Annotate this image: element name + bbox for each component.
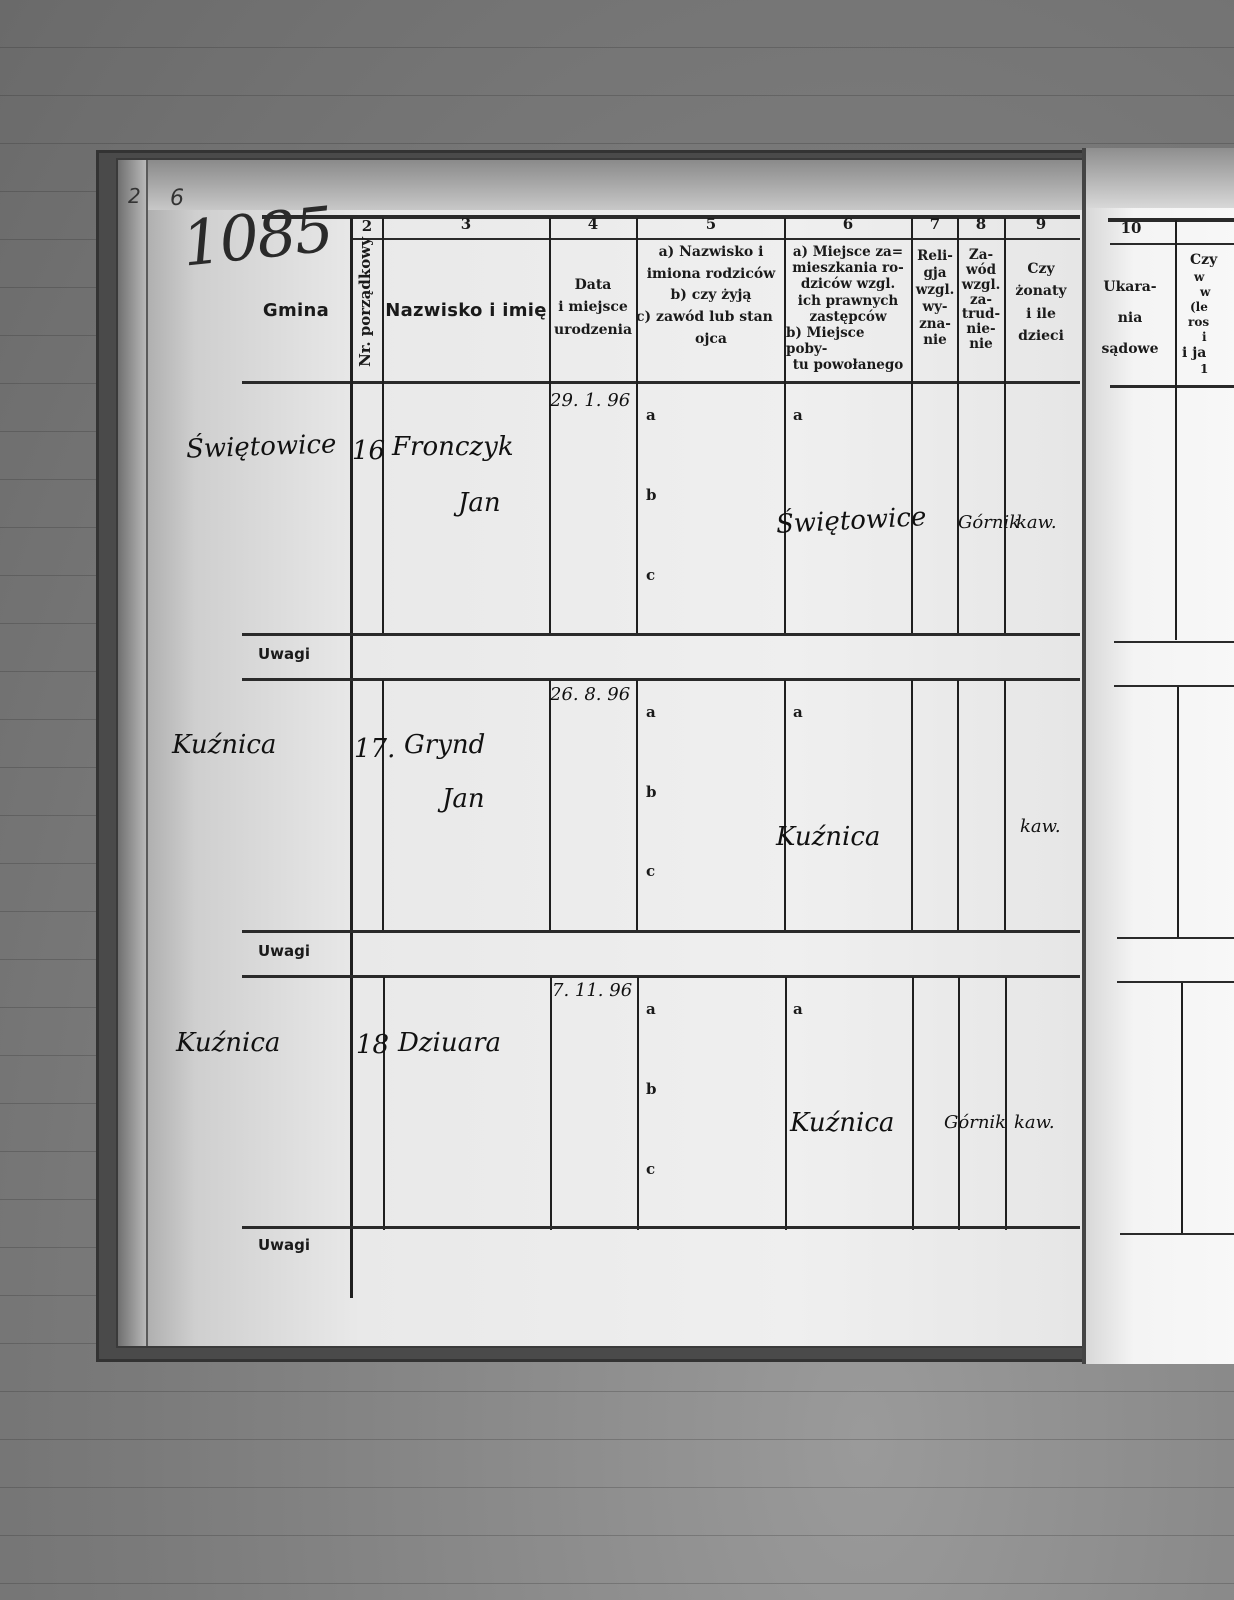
header-col9-line: żonaty [1006, 280, 1076, 302]
corner-mark-left: 2 [128, 184, 141, 208]
record-3-surname: Dziuara [398, 1028, 501, 1058]
p2-uwagi2-bottom [1117, 981, 1234, 983]
p2-col-divider-r3 [1181, 983, 1183, 1233]
col-number-9: 9 [1006, 216, 1076, 234]
record-1-occupation: Górnik [958, 512, 1020, 533]
header-col5-line: a) Nazwisko i [638, 242, 784, 264]
header-col6-line: tu powołanego [786, 357, 910, 373]
col-divider-nr-r2 [382, 680, 384, 932]
card2-top-edge [1086, 148, 1234, 208]
record-1-remarks-label: Uwagi [258, 645, 310, 663]
col-divider-5-r2 [784, 680, 786, 932]
header-col8-line: Za- [959, 248, 1003, 263]
header-col6-line: ich prawnych [786, 293, 910, 309]
col-number-7: 7 [913, 216, 957, 234]
row2-bottom-rule [242, 930, 1080, 933]
p2-col-divider-r2 [1177, 687, 1179, 937]
header-col10-line: nia [1098, 303, 1162, 334]
header-nr-porzadkowy: Nr. porządkowy [356, 237, 374, 367]
header-col11-line: w [1180, 270, 1234, 285]
p2-colnum-rule [1110, 243, 1234, 245]
col-number-5: 5 [638, 216, 784, 234]
card-left-edge [118, 160, 148, 1346]
header-gmina: Gmina [246, 300, 346, 321]
record-1-col5-c: c [646, 566, 655, 584]
col-divider-6-r3 [912, 977, 914, 1230]
header-col11-line: w [1180, 285, 1234, 300]
col-number-10: 10 [1100, 220, 1162, 238]
header-col7-line: wzgl. [913, 282, 957, 299]
header-col8-line: nie [959, 337, 1003, 352]
header-col7-line: zna- [913, 316, 957, 333]
col-divider-date-r3 [637, 977, 639, 1230]
header-col8-line: nie- [959, 322, 1003, 337]
col-divider-nr-r3 [383, 977, 385, 1230]
row1-bottom-rule [242, 633, 1080, 636]
header-col9: Czy żonaty i ile dzieci [1006, 258, 1076, 348]
record-3-col5-b: b [646, 1080, 657, 1098]
header-col4-line: Data [551, 274, 635, 296]
header-col8: Za- wód wzgl. za- trud- nie- nie [959, 248, 1003, 352]
header-col7-line: gja [913, 265, 957, 282]
header-col7-line: wy- [913, 299, 957, 316]
header-col6-line: b) Miejsce poby- [786, 325, 910, 357]
header-col10: Ukara- nia sądowe [1098, 272, 1162, 364]
record-1-marital: kaw. [1016, 512, 1057, 533]
uwagi1-bottom-rule [242, 678, 1080, 681]
header-col7-line: nie [913, 332, 957, 349]
record-3-marital: kaw. [1014, 1112, 1055, 1133]
record-2-col5-c: c [646, 862, 655, 880]
header-col4-line: i miejsce [551, 296, 635, 318]
record-1-col6-a: a [793, 406, 803, 424]
header-col11-line: Czy [1180, 252, 1234, 270]
record-3-occupation: Górnik [944, 1112, 1006, 1133]
record-3-col6-a: a [793, 1000, 803, 1018]
col-divider-8-r3 [1005, 977, 1007, 1230]
p2-row3-bottom [1120, 1233, 1234, 1235]
record-2-residence: Kuźnica [776, 822, 880, 852]
record-3-col5-c: c [646, 1160, 655, 1178]
record-1-col5-b: b [646, 486, 657, 504]
record-2-birth-date: 26. 8. 96 [550, 684, 630, 705]
p2-row1-bottom [1114, 641, 1234, 643]
header-col8-line: trud- [959, 307, 1003, 322]
header-col5: a) Nazwisko i imiona rodziców b) czy żyj… [638, 242, 784, 350]
col-divider-name-r3 [550, 977, 552, 1230]
record-3-residence: Kuźnica [790, 1108, 894, 1138]
record-1-nr: 16 [352, 436, 385, 466]
header-col5-line: b) czy żyją [638, 285, 784, 307]
header-col6: a) Miejsce za= mieszkania ro- dziców wzg… [786, 244, 910, 374]
header-col6-line: dziców wzgl. [786, 276, 910, 292]
record-3-birth-date: 7. 11. 96 [552, 980, 632, 1001]
record-2-col5-b: b [646, 783, 657, 801]
header-col8-line: wzgl. [959, 278, 1003, 293]
header-col8-line: za- [959, 293, 1003, 308]
header-col11-line: i ja [1180, 345, 1234, 363]
header-col9-line: i ile [1006, 303, 1076, 325]
p2-header-bottom-rule [1110, 385, 1234, 388]
record-1-gmina: Świętowice [186, 429, 337, 464]
uwagi2-bottom-rule [242, 975, 1080, 978]
header-col11-line: ros [1180, 315, 1234, 330]
record-3-gmina: Kuźnica [176, 1028, 280, 1058]
header-col6-line: mieszkania ro- [786, 260, 910, 276]
header-bottom-rule [242, 381, 1080, 384]
header-col10-line: sądowe [1098, 334, 1162, 365]
col-divider-name-r2 [549, 680, 551, 932]
col-number-2: 2 [352, 218, 382, 236]
header-col10-line: Ukara- [1098, 272, 1162, 303]
header-col5-line: ojca [638, 329, 784, 351]
header-col11-line: i [1180, 330, 1234, 345]
row3-bottom-rule [242, 1226, 1080, 1229]
header-col8-line: wód [959, 263, 1003, 278]
header-col11-line: 1 [1180, 362, 1234, 377]
record-2-col5-a: a [646, 703, 656, 721]
record-2-gmina: Kuźnica [172, 730, 276, 760]
header-col9-line: Czy [1006, 258, 1076, 280]
record-3-col5-a: a [646, 1000, 656, 1018]
header-nazwisko-imie: Nazwisko i imię [384, 300, 548, 321]
record-2-col6-a: a [793, 703, 803, 721]
col-number-8: 8 [959, 216, 1003, 234]
p2-uwagi1-bottom [1114, 685, 1234, 687]
col-number-4: 4 [551, 216, 635, 234]
record-1-surname: Fronczyk [392, 432, 514, 462]
p2-col-divider-r1 [1175, 220, 1177, 640]
col-number-6: 6 [786, 216, 910, 234]
col-divider-date-r2 [636, 680, 638, 932]
header-col11-cut: Czy w w (le ros i i ja 1 [1180, 252, 1234, 377]
col-number-3: 3 [384, 216, 548, 234]
header-col7: Reli- gja wzgl. wy- zna- nie [913, 248, 957, 349]
colnum-rule [352, 238, 1080, 240]
record-2-surname: Grynd [404, 730, 485, 760]
header-col5-line: c) zawód lub stan [636, 307, 784, 329]
record-1-given-name: Jan [458, 488, 501, 518]
col-divider-8-r2 [1004, 680, 1006, 932]
header-col9-line: dzieci [1006, 325, 1076, 347]
col-divider-5-r3 [785, 977, 787, 1230]
header-col5-line: imiona rodziców [638, 264, 784, 286]
record-1-col5-a: a [646, 406, 656, 424]
col-divider-gmina [350, 218, 353, 1298]
header-col6-line: a) Miejsce za= [786, 244, 910, 260]
col-divider-6-r2 [911, 680, 913, 932]
header-col4: Data i miejsce urodzenia [551, 274, 635, 341]
col-divider-7-r2 [957, 680, 959, 932]
record-2-nr: 17. [354, 734, 395, 764]
record-2-remarks-label: Uwagi [258, 942, 310, 960]
header-col4-line: urodzenia [551, 319, 635, 341]
record-2-given-name: Jan [442, 784, 485, 814]
header-col7-line: Reli- [913, 248, 957, 265]
sheet-number: 1085 [179, 192, 336, 280]
header-col11-line: (le [1180, 300, 1234, 315]
record-3-nr: 18 [356, 1030, 389, 1060]
col-divider-nr-r1h [382, 218, 384, 634]
header-col6-line: zastępców [786, 309, 910, 325]
record-1-birth-date: 29. 1. 96 [550, 390, 630, 411]
record-3-remarks-label: Uwagi [258, 1236, 310, 1254]
p2-row2-bottom [1117, 937, 1234, 939]
col-divider-7-r3 [958, 977, 960, 1230]
record-2-marital: kaw. [1020, 816, 1061, 837]
